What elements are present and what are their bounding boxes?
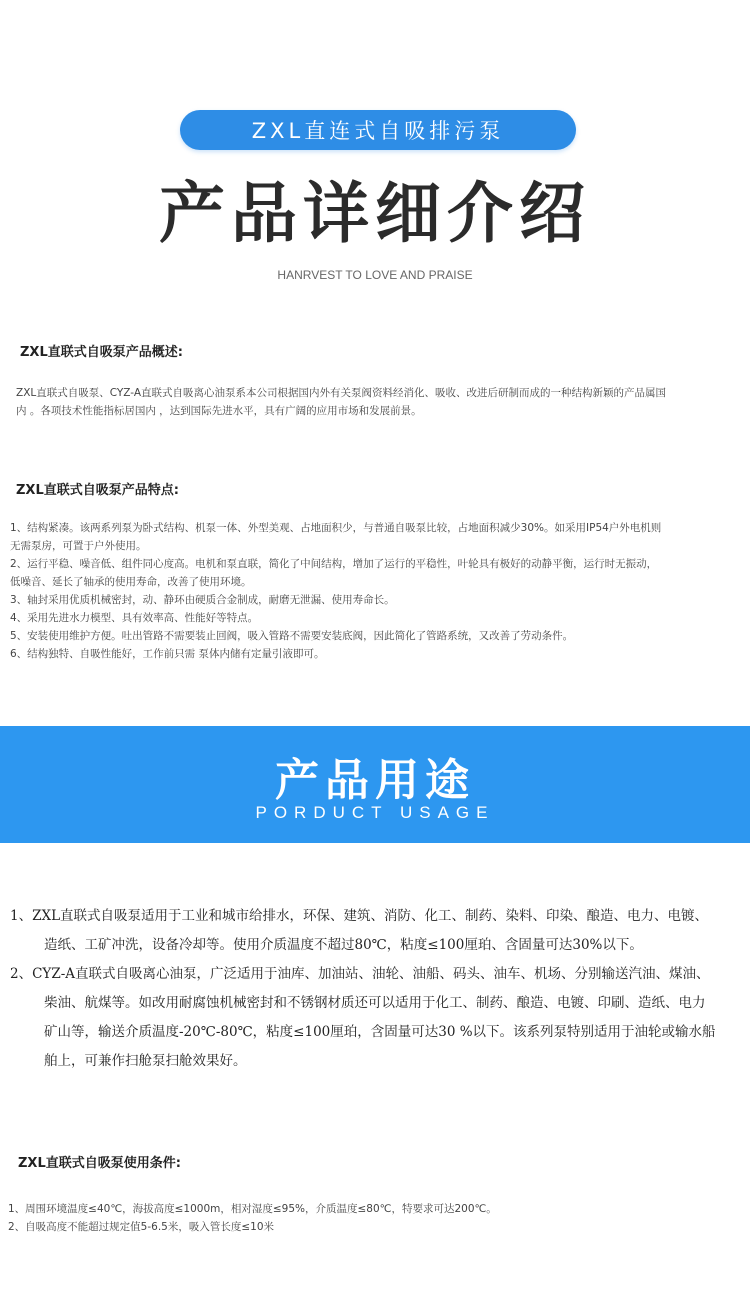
conditions-heading: ZXL直联式自吸泵使用条件: (18, 1152, 181, 1171)
feature-line: 4、采用先进水力模型、具有效率高、性能好等特点。 (10, 609, 745, 627)
overview-heading: ZXL直联式自吸泵产品概述: (20, 341, 183, 360)
feature-line: 3、轴封采用优质机械密封，动、静环由硬质合金制成，耐磨无泄漏、使用寿命长。 (10, 591, 745, 609)
usage-banner-title: 产品用途 (0, 744, 750, 808)
usage-line: 舶上，可兼作扫舱泵扫舱效果好。 (10, 1047, 745, 1076)
feature-line: 低噪音、延长了轴承的使用寿命，改善了使用环境。 (10, 573, 745, 591)
usage-line: 矿山等，输送介质温度-20℃-80℃，粘度≤100厘珀，含固量可达30 %以下。… (10, 1018, 745, 1047)
overview-text: ZXL直联式自吸泵、CYZ-A直联式自吸离心油泵系本公司根据国内外有关泵阀资料经… (16, 384, 736, 420)
product-name-label: ZXL直连式自吸排污泵 (252, 115, 504, 145)
features-list: 1、结构紧凑。该两系列泵为卧式结构、机泵一体、外型美观、占地面积少，与普通自吸泵… (10, 519, 745, 663)
usage-line: 柴油、航煤等。如改用耐腐蚀机械密封和不锈钢材质还可以适用于化工、制药、酿造、电镀… (10, 989, 745, 1018)
usage-banner-subtitle: PORDUCT USAGE (0, 803, 750, 823)
feature-line: 6、结构独特、自吸性能好，工作前只需 泵体内储有定量引液即可。 (10, 645, 745, 663)
page-title: 产品详细介绍 (0, 172, 750, 256)
condition-line: 2、自吸高度不能超过规定值5-6.5米，吸入管长度≤10米 (8, 1218, 743, 1236)
feature-line: 5、安装使用维护方便。吐出管路不需要装止回阀，吸入管路不需要安装底阀，因此简化了… (10, 627, 745, 645)
usage-line: 1、ZXL直联式自吸泵适用于工业和城市给排水，环保、建筑、消防、化工、制药、染料… (10, 902, 745, 931)
page-subtitle: HANRVEST TO LOVE AND PRAISE (0, 268, 750, 282)
condition-line: 1、周围环境温度≤40℃，海拔高度≤1000m，相对湿度≤95%，介质温度≤80… (8, 1200, 743, 1218)
usage-line: 2、CYZ-A直联式自吸离心油泵，广泛适用于油库、加油站、油轮、油船、码头、油车… (10, 960, 745, 989)
feature-line: 1、结构紧凑。该两系列泵为卧式结构、机泵一体、外型美观、占地面积少，与普通自吸泵… (10, 519, 745, 537)
usage-list: 1、ZXL直联式自吸泵适用于工业和城市给排水，环保、建筑、消防、化工、制药、染料… (10, 902, 745, 1076)
overview-line: ZXL直联式自吸泵、CYZ-A直联式自吸离心油泵系本公司根据国内外有关泵阀资料经… (16, 384, 736, 402)
usage-line: 造纸、工矿冲洗，设备冷却等。使用介质温度不超过80℃，粘度≤100厘珀、含固量可… (10, 931, 745, 960)
feature-line: 无需泵房，可置于户外使用。 (10, 537, 745, 555)
overview-line: 内 。各项技术性能指标居国内 ，达到国际先进水平，具有广阔的应用市场和发展前景。 (16, 402, 736, 420)
product-name-pill: ZXL直连式自吸排污泵 (180, 110, 576, 150)
feature-line: 2、运行平稳、噪音低、组件同心度高。电机和泵直联，简化了中间结构，增加了运行的平… (10, 555, 745, 573)
features-heading: ZXL直联式自吸泵产品特点: (16, 479, 179, 498)
conditions-list: 1、周围环境温度≤40℃，海拔高度≤1000m，相对湿度≤95%，介质温度≤80… (8, 1200, 743, 1236)
